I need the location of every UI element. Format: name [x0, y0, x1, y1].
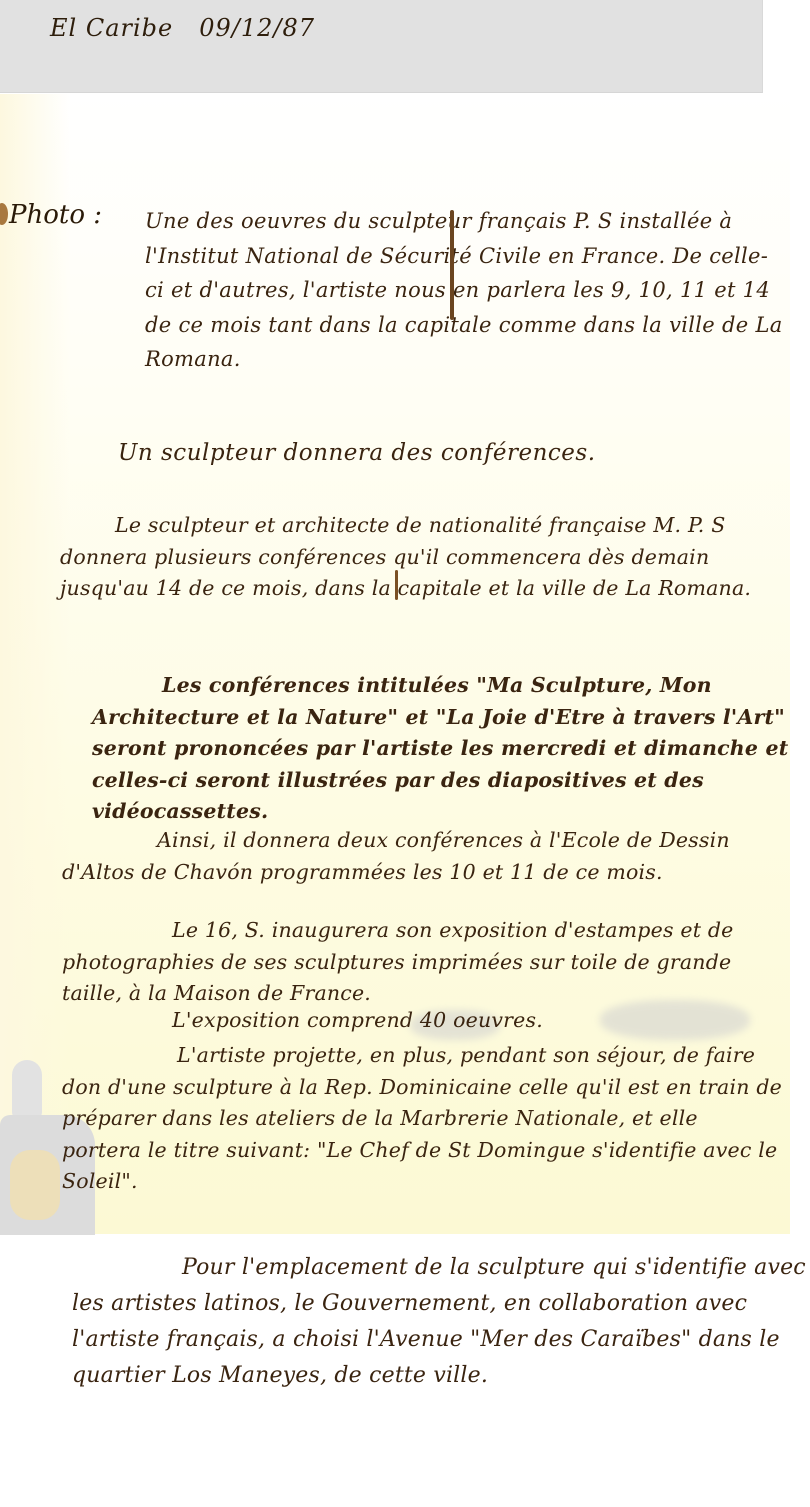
ink-blot-icon: [0, 203, 8, 225]
ink-stroke: [395, 570, 398, 600]
header-band: El Caribe09/12/87: [0, 0, 763, 93]
article-paragraph: L'artiste projette, en plus, pendant son…: [62, 1040, 782, 1198]
newspaper-source-and-date: El Caribe09/12/87: [50, 14, 315, 42]
article-paragraph: Le 16, S. inaugurera son exposition d'es…: [62, 915, 777, 1010]
newspaper-source: El Caribe: [50, 14, 173, 42]
article-paragraph: Ainsi, il donnera deux conférences à l'E…: [62, 825, 762, 888]
ink-stroke: [450, 210, 454, 320]
article-paragraph: Pour l'emplacement de la sculpture qui s…: [72, 1250, 807, 1394]
article-headline: Un sculpteur donnera des conférences.: [118, 440, 596, 466]
article-paragraph: Le sculpteur et architecte de nationalit…: [60, 510, 760, 605]
photo-caption: Une des oeuvres du sculpteur français P.…: [145, 204, 785, 377]
article-date: 09/12/87: [199, 14, 315, 42]
photo-label: Photo :: [0, 200, 102, 230]
article-paragraph: L'exposition comprend 40 oeuvres.: [62, 1005, 762, 1037]
article-paragraph: Les conférences intitulées "Ma Sculpture…: [92, 670, 792, 828]
